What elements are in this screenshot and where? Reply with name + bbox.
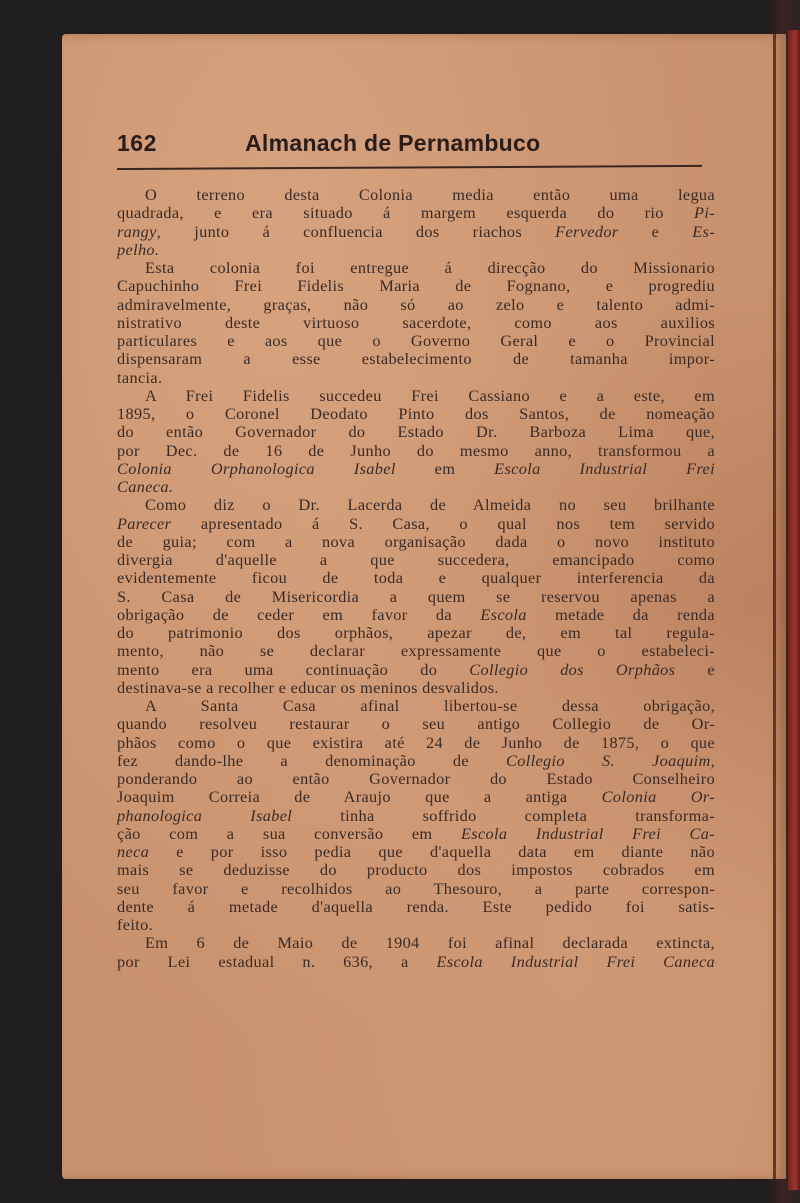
text-run: Capuchinho Frei Fidelis Maria de Fognano… <box>117 276 715 295</box>
text-run: A Santa Casa afinal libertou-se dessa ob… <box>145 696 715 715</box>
text-line: O terreno desta Colonia media então uma … <box>117 186 715 204</box>
paragraph: A Santa Casa afinal libertou-se dessa ob… <box>117 697 715 934</box>
text-line: mento era uma continuação do Collegio do… <box>117 661 715 679</box>
text-line: rangy, junto á confluencia dos riachos F… <box>117 223 715 241</box>
text-run: tancia. <box>117 368 162 387</box>
italic-text: phanologica Isabel <box>117 806 292 825</box>
italic-text: Colonia Orphanologica Isabel <box>117 459 396 478</box>
text-line: Caneca. <box>117 478 715 496</box>
text-run: quando resolveu restaurar o seu antigo C… <box>117 714 715 733</box>
text-line: particulares e aos que o Governo Geral e… <box>117 332 715 350</box>
text-line: feito. <box>117 916 715 934</box>
text-line: do então Governador do Estado Dr. Barboz… <box>117 423 715 441</box>
text-line: dispensaram a esse estabelecimento de ta… <box>117 350 715 368</box>
italic-text: Caneca. <box>117 477 173 496</box>
text-run: em <box>396 459 494 478</box>
page-gutter-edge <box>773 34 776 1179</box>
text-line: Em 6 de Maio de 1904 foi afinal declarad… <box>117 934 715 952</box>
text-run: Esta colonia foi entregue á direcção do … <box>145 258 715 277</box>
italic-text: Fervedor <box>555 222 618 241</box>
italic-text: rangy <box>117 222 157 241</box>
paragraph: A Frei Fidelis succedeu Frei Cassiano e … <box>117 387 715 497</box>
text-run: do então Governador do Estado Dr. Barboz… <box>117 422 715 441</box>
text-line: mento, não se declarar expressamente que… <box>117 642 715 660</box>
italic-text: Escola Industrial Frei Ca- <box>461 824 715 843</box>
text-line: dente á metade d'aquella renda. Este ped… <box>117 898 715 916</box>
body-text: O terreno desta Colonia media então uma … <box>117 186 715 971</box>
paragraph: Em 6 de Maio de 1904 foi afinal declarad… <box>117 934 715 971</box>
italic-text: Colonia Or- <box>602 787 715 806</box>
text-run: quadrada, e era situado á margem esquerd… <box>117 203 694 222</box>
text-line: evidentemente ficou de toda e qualquer i… <box>117 569 715 587</box>
text-line: pelho. <box>117 241 715 259</box>
text-run: e <box>675 660 715 679</box>
text-line: seu favor e recolhidos ao Thesouro, a pa… <box>117 880 715 898</box>
text-run: dente á metade d'aquella renda. Este ped… <box>117 897 715 916</box>
text-run: Como diz o Dr. Lacerda de Almeida no seu… <box>145 495 715 514</box>
paragraph: O terreno desta Colonia media então uma … <box>117 186 715 259</box>
text-line: quadrada, e era situado á margem esquerd… <box>117 204 715 222</box>
text-run: divergia d'aquelle a que succedera, eman… <box>117 550 715 569</box>
text-line: por Lei estadual n. 636, a Escola Indust… <box>117 953 715 971</box>
paragraph: Como diz o Dr. Lacerda de Almeida no seu… <box>117 496 715 697</box>
text-line: Capuchinho Frei Fidelis Maria de Fognano… <box>117 277 715 295</box>
italic-text: Escola <box>480 605 526 624</box>
text-run: A Frei Fidelis succedeu Frei Cassiano e … <box>145 386 715 405</box>
text-line: Colonia Orphanologica Isabel em Escola I… <box>117 460 715 478</box>
text-run: fez dando-lhe a denominação de <box>117 751 506 770</box>
text-run: de guia; com a nova organisação dada o n… <box>117 532 715 551</box>
book-spine-edge <box>788 30 800 1190</box>
text-line: phãos como o que existira até 24 de Junh… <box>117 734 715 752</box>
italic-text: neca <box>117 842 149 861</box>
text-run: phãos como o que existira até 24 de Junh… <box>117 733 715 752</box>
text-line: Joaquim Correia de Araujo que a antiga C… <box>117 788 715 806</box>
book-page: 162 Almanach de Pernambuco O terreno des… <box>62 34 786 1179</box>
text-line: 1895, o Coronel Deodato Pinto dos Santos… <box>117 405 715 423</box>
italic-text: Collegio dos Orphãos <box>469 660 675 679</box>
text-run: destinava-se a recolher e educar os meni… <box>117 678 499 697</box>
text-run: do patrimonio dos orphãos, apezar de, em… <box>117 623 715 642</box>
page-number: 162 <box>117 130 157 157</box>
text-run: particulares e aos que o Governo Geral e… <box>117 331 715 350</box>
text-run: mento era uma continuação do <box>117 660 469 679</box>
text-line: neca e por isso pedia que d'aquella data… <box>117 843 715 861</box>
text-line: Como diz o Dr. Lacerda de Almeida no seu… <box>117 496 715 514</box>
text-run: feito. <box>117 915 153 934</box>
text-line: por Dec. de 16 de Junho do mesmo anno, t… <box>117 442 715 460</box>
italic-text: Escola Industrial Frei Caneca <box>436 952 715 971</box>
text-run: metade da renda <box>527 605 715 624</box>
text-run: e <box>619 222 693 241</box>
text-run: nistrativo deste virtuoso sacerdote, com… <box>117 313 715 332</box>
text-line: Esta colonia foi entregue á direcção do … <box>117 259 715 277</box>
text-run: por Lei estadual n. 636, a <box>117 952 436 971</box>
text-run: seu favor e recolhidos ao Thesouro, a pa… <box>117 879 715 898</box>
text-line: ção com a sua conversão em Escola Indust… <box>117 825 715 843</box>
text-line: phanologica Isabel tinha soffrido comple… <box>117 807 715 825</box>
text-line: destinava-se a recolher e educar os meni… <box>117 679 715 697</box>
text-run: apresentado á S. Casa, o qual nos tem se… <box>171 514 715 533</box>
text-run: O terreno desta Colonia media então uma … <box>145 185 715 204</box>
text-run: 1895, o Coronel Deodato Pinto dos Santos… <box>117 404 715 423</box>
text-run: tinha soffrido completa transforma- <box>292 806 715 825</box>
page-header: 162 Almanach de Pernambuco <box>117 130 702 166</box>
italic-text: Collegio S. Joaquim, <box>506 751 715 770</box>
text-line: Parecer apresentado á S. Casa, o qual no… <box>117 515 715 533</box>
text-run: Em 6 de Maio de 1904 foi afinal declarad… <box>145 933 715 952</box>
text-line: A Santa Casa afinal libertou-se dessa ob… <box>117 697 715 715</box>
text-run: admiravelmente, graças, não só ao zelo e… <box>117 295 715 314</box>
text-line: admiravelmente, graças, não só ao zelo e… <box>117 296 715 314</box>
text-run: evidentemente ficou de toda e qualquer i… <box>117 568 715 587</box>
text-run: mais se deduzisse do producto dos impost… <box>117 860 715 879</box>
text-line: de guia; com a nova organisação dada o n… <box>117 533 715 551</box>
italic-text: Es- <box>692 222 715 241</box>
text-line: A Frei Fidelis succedeu Frei Cassiano e … <box>117 387 715 405</box>
text-line: ponderando ao então Governador do Estado… <box>117 770 715 788</box>
text-line: divergia d'aquelle a que succedera, eman… <box>117 551 715 569</box>
text-run: e por isso pedia que d'aquella data em d… <box>149 842 715 861</box>
italic-text: Escola Industrial Frei <box>494 459 715 478</box>
paragraph: Esta colonia foi entregue á direcção do … <box>117 259 715 387</box>
text-line: fez dando-lhe a denominação de Collegio … <box>117 752 715 770</box>
text-line: obrigação de ceder em favor da Escola me… <box>117 606 715 624</box>
text-run: , junto á confluencia dos riachos <box>157 222 555 241</box>
text-line: mais se deduzisse do producto dos impost… <box>117 861 715 879</box>
text-run: Joaquim Correia de Araujo que a antiga <box>117 787 602 806</box>
text-run: obrigação de ceder em favor da <box>117 605 480 624</box>
italic-text: Parecer <box>117 514 171 533</box>
text-run: mento, não se declarar expressamente que… <box>117 641 715 660</box>
text-line: nistrativo deste virtuoso sacerdote, com… <box>117 314 715 332</box>
text-line: do patrimonio dos orphãos, apezar de, em… <box>117 624 715 642</box>
italic-text: pelho. <box>117 240 159 259</box>
text-run: dispensaram a esse estabelecimento de ta… <box>117 349 715 368</box>
text-run: ção com a sua conversão em <box>117 824 461 843</box>
text-run: por Dec. de 16 de Junho do mesmo anno, t… <box>117 441 715 460</box>
running-title: Almanach de Pernambuco <box>245 130 540 157</box>
italic-text: Pi- <box>694 203 715 222</box>
text-line: quando resolveu restaurar o seu antigo C… <box>117 715 715 733</box>
text-line: tancia. <box>117 369 715 387</box>
text-line: S. Casa de Misericordia a quem se reserv… <box>117 588 715 606</box>
text-run: ponderando ao então Governador do Estado… <box>117 769 715 788</box>
text-run: S. Casa de Misericordia a quem se reserv… <box>117 587 715 606</box>
